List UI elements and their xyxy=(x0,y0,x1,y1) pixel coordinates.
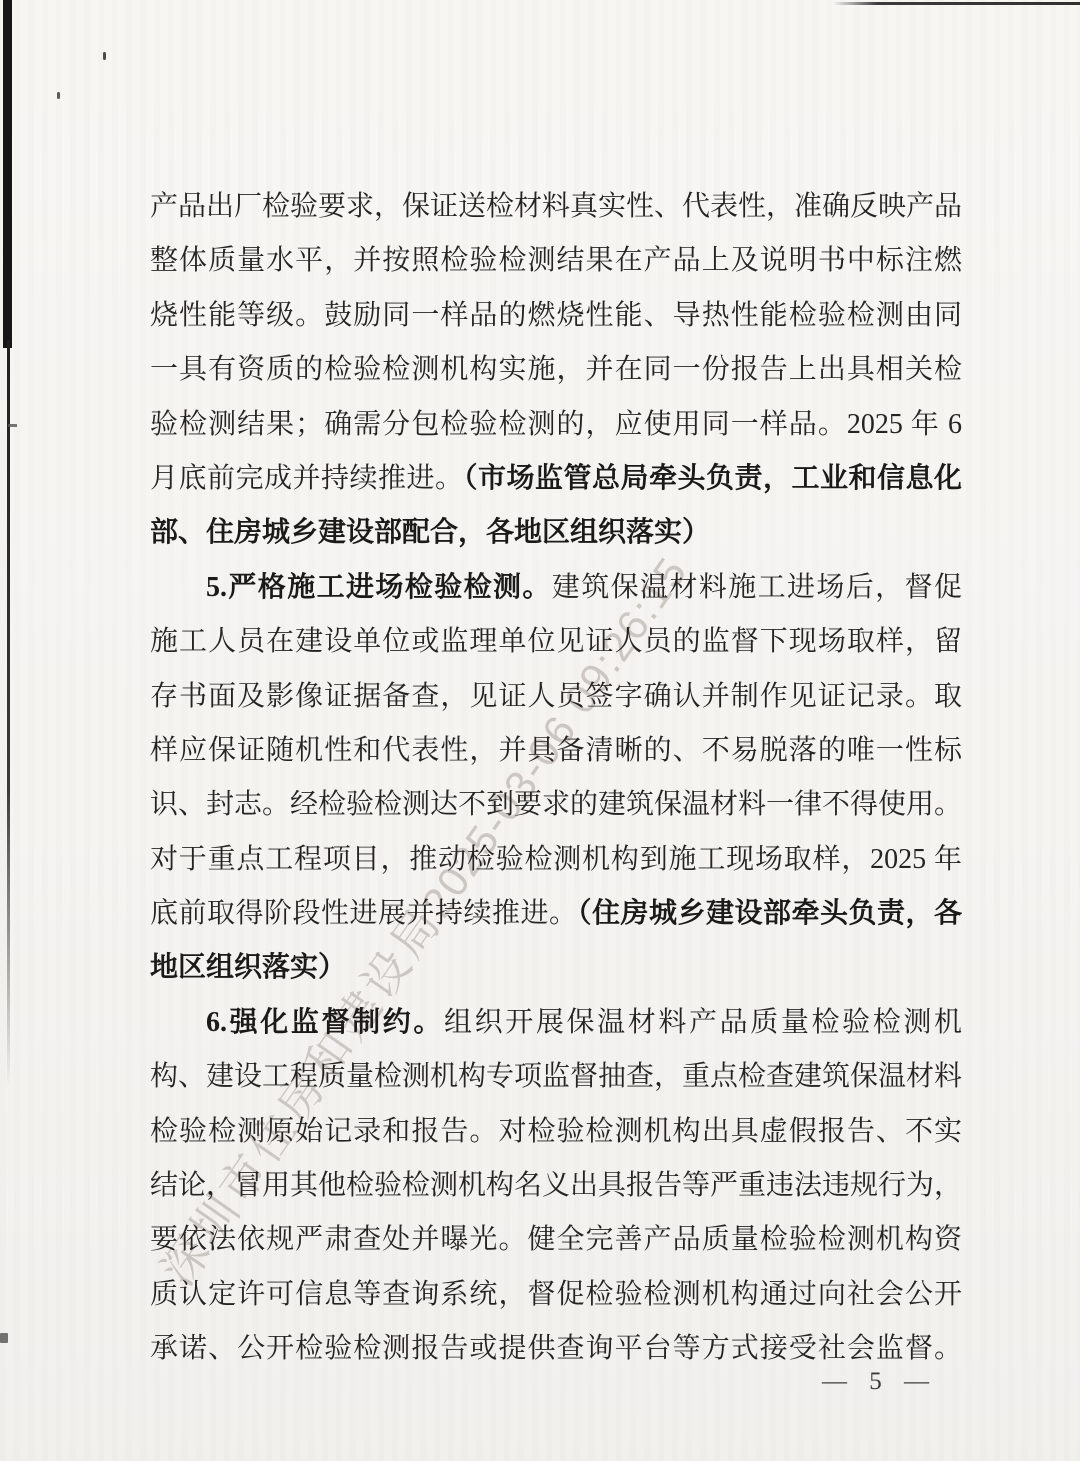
text-line: 部、住房城乡建设部配合，各地区组织落实） xyxy=(150,506,962,560)
scan-speck xyxy=(57,92,60,99)
text-line: 产品出厂检验要求，保证送检材料真实性、代表性，准确反映产品 xyxy=(150,180,962,234)
document-body: 产品出厂检验要求，保证送检材料真实性、代表性，准确反映产品整体质量水平，并按照检… xyxy=(150,180,962,1377)
text-line: 施工人员在建设单位或监理单位见证人员的监督下现场取样，留 xyxy=(150,615,962,669)
text-line: 一具有资质的检验检测机构实施，并在同一份报告上出具相关检 xyxy=(150,343,962,397)
text-line: 检验检测原始记录和报告。对检验检测机构出具虚假报告、不实 xyxy=(150,1105,962,1159)
text-line: 构、建设工程质量检测机构专项监督抽查，重点检查建筑保温材料 xyxy=(150,1050,962,1104)
scan-edge-bar-left xyxy=(3,0,12,348)
scanned-document-page: 深圳市住房和建设局2025-03-06 09:26:15 产品出厂检验要求，保证… xyxy=(0,0,1080,1461)
text-line: 烧性能等级。鼓励同一样品的燃烧性能、导热性能检验检测由同 xyxy=(150,289,962,343)
scan-speck xyxy=(103,52,106,60)
page-number: — 5 — xyxy=(808,1368,943,1396)
text-line: 质认定许可信息等查询系统，督促检验检测机构通过向社会公开 xyxy=(150,1268,962,1322)
text-line: 地区组织落实） xyxy=(150,941,962,995)
text-line: 底前取得阶段性进展并持续推进。（住房城乡建设部牵头负责，各 xyxy=(150,887,962,941)
text-line: 识、封志。经检验检测达不到要求的建筑保温材料一律不得使用。 xyxy=(150,778,962,832)
text-line: 6.强化监督制约。组织开展保温材料产品质量检验检测机 xyxy=(150,996,962,1050)
text-line: 样应保证随机性和代表性，并具备清晰的、不易脱落的唯一性标 xyxy=(150,724,962,778)
text-line: 要依法依规严肃查处并曝光。健全完善产品质量检验检测机构资 xyxy=(150,1213,962,1267)
text-line: 月底前完成并持续推进。（市场监管总局牵头负责，工业和信息化 xyxy=(150,452,962,506)
text-line: 5.严格施工进场检验检测。建筑保温材料施工进场后，督促 xyxy=(150,561,962,615)
scan-edge-line-left xyxy=(7,340,10,1088)
scan-edge-line-top-right xyxy=(833,2,1080,5)
scan-speck xyxy=(0,1333,8,1343)
text-line: 整体质量水平，并按照检验检测结果在产品上及说明书中标注燃 xyxy=(150,234,962,288)
scan-speck xyxy=(8,424,17,427)
text-line: 结论，冒用其他检验检测机构名义出具报告等严重违法违规行为， xyxy=(150,1159,962,1213)
text-line: 验检测结果；确需分包检验检测的，应使用同一样品。2025 年 6 xyxy=(150,398,962,452)
text-line: 对于重点工程项目，推动检验检测机构到施工现场取样，2025 年 xyxy=(150,833,962,887)
text-line: 存书面及影像证据备查，见证人员签字确认并制作见证记录。取 xyxy=(150,670,962,724)
